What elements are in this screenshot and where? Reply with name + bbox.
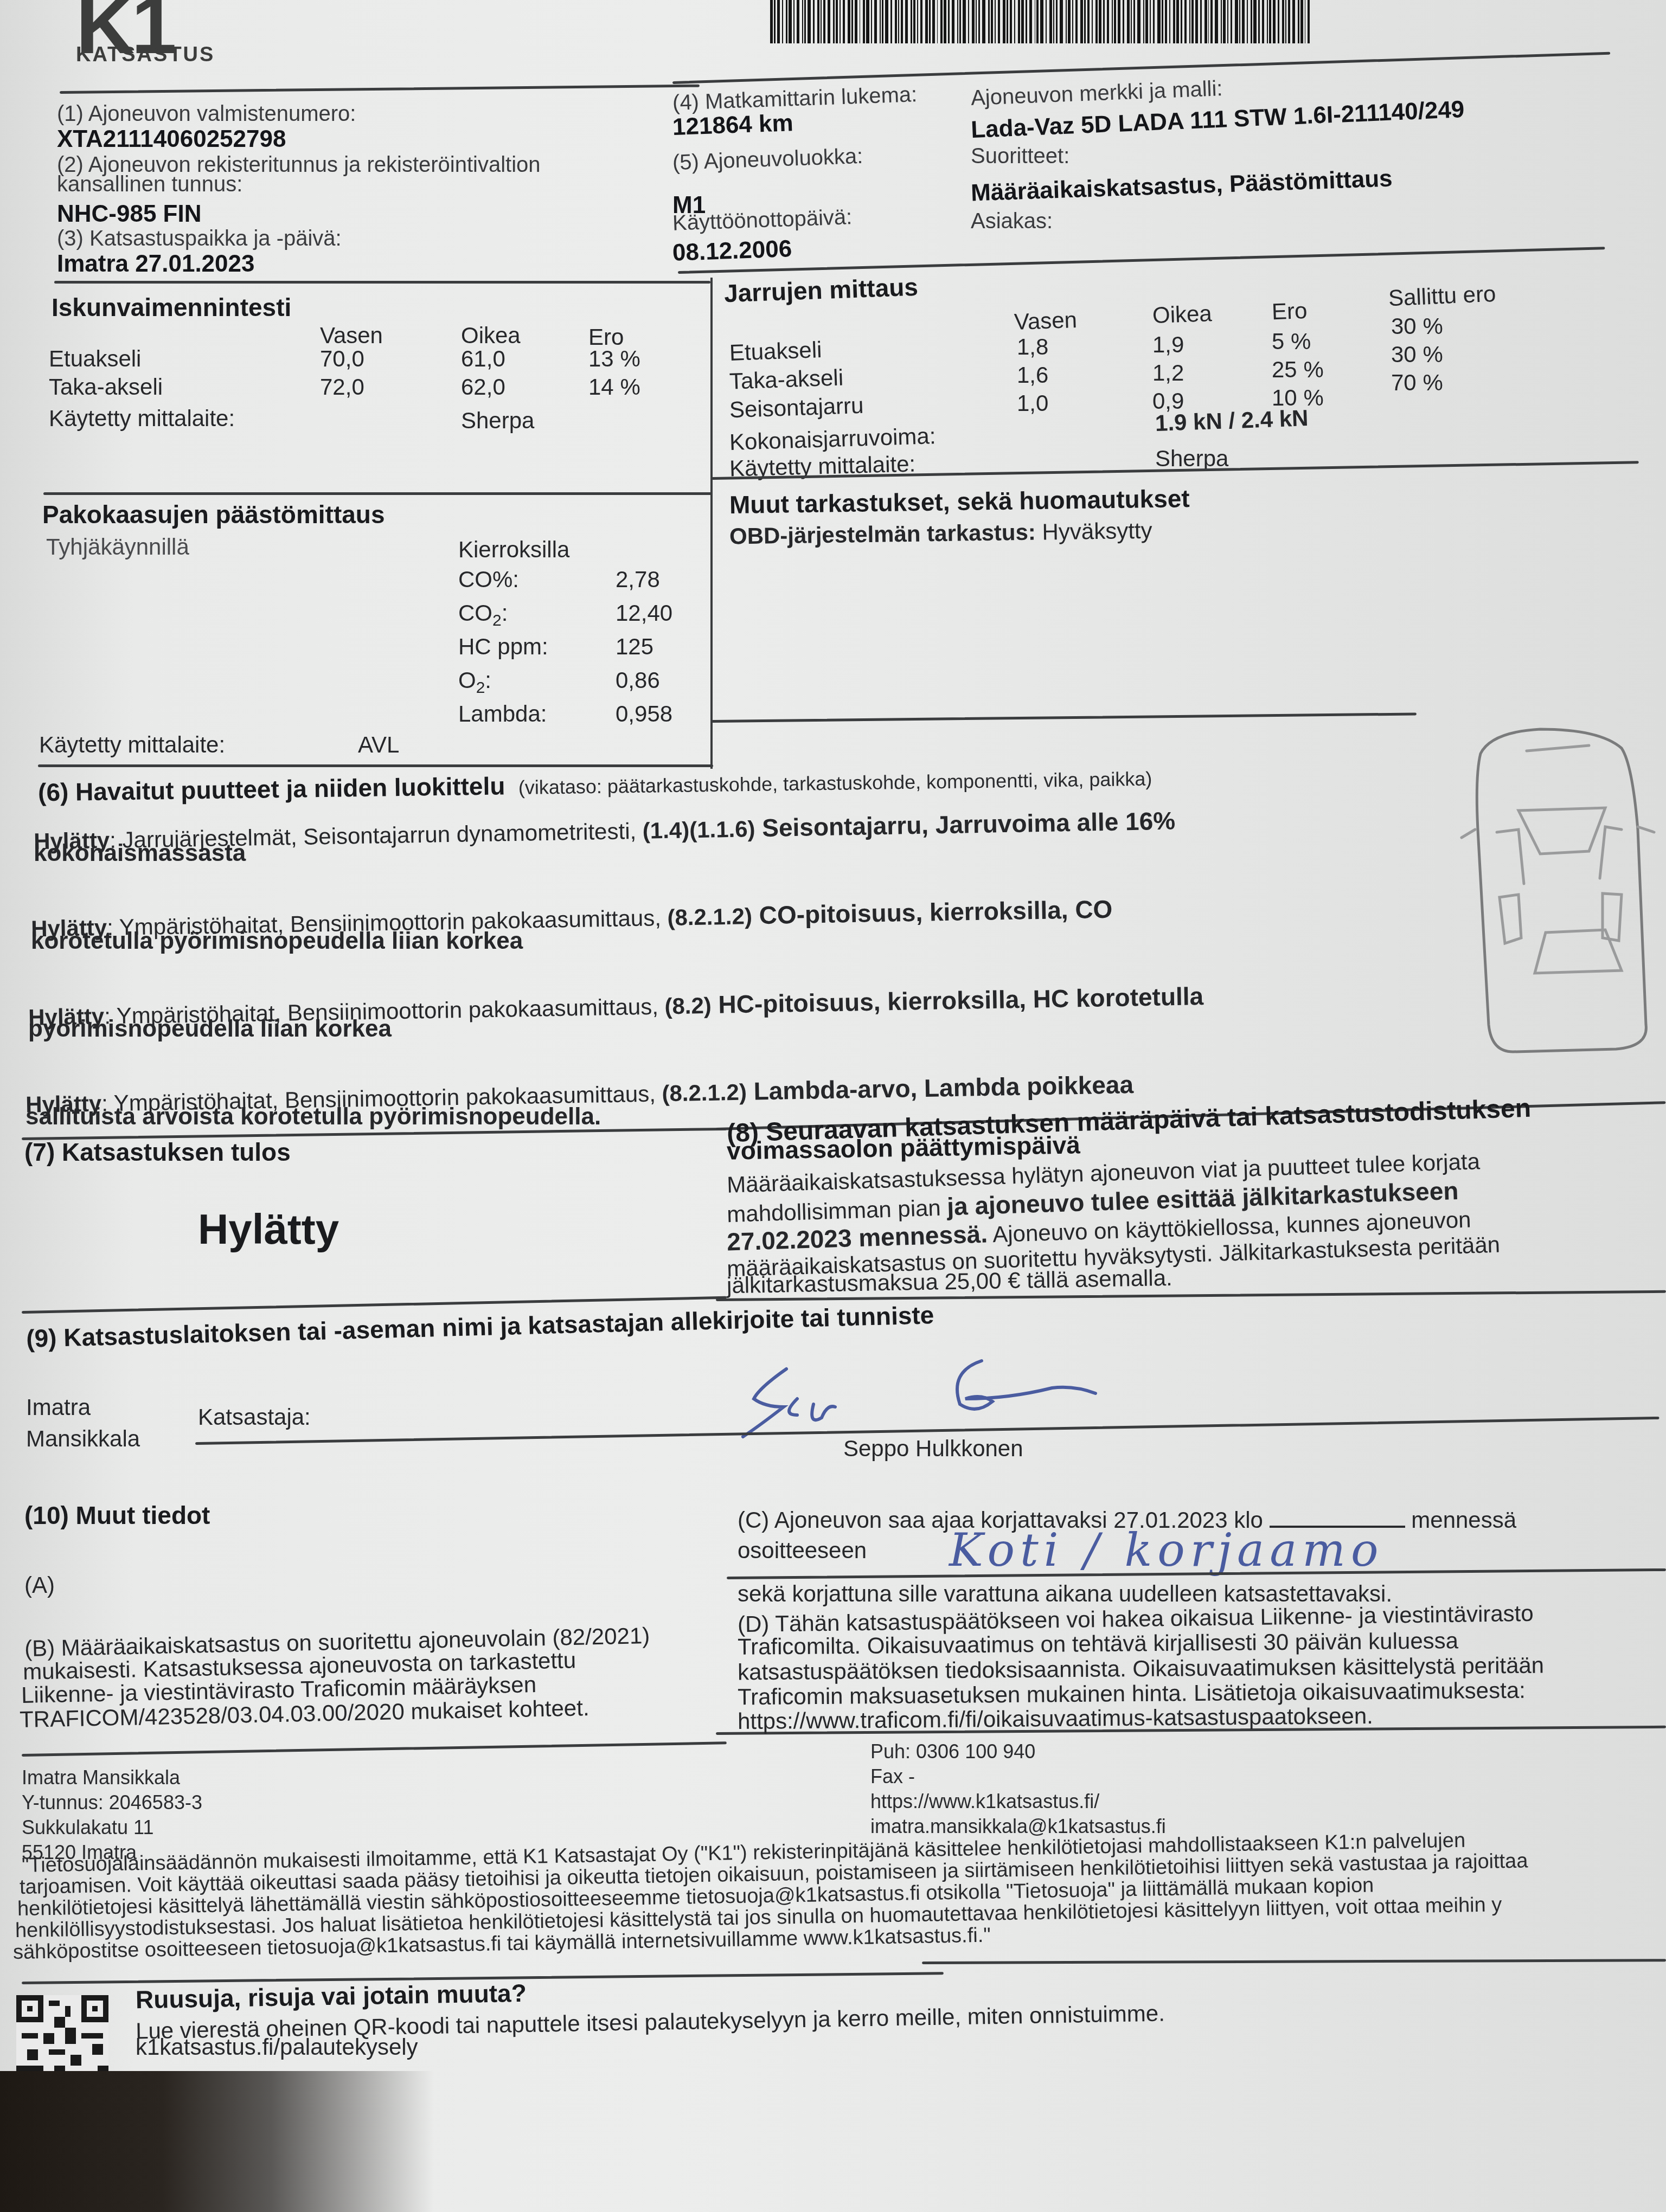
feedback-url[interactable]: k1katsastus.fi/palautekysely — [136, 2034, 418, 2060]
emission-row-value: 125 — [616, 634, 653, 660]
k1-logo-name: KATSASTUS — [76, 43, 215, 67]
result-title: (7) Katsastuksen tulos — [24, 1137, 291, 1167]
shock-col-left: Vasen — [320, 323, 383, 349]
brake-row-label: Seisontajarru — [729, 393, 864, 423]
shock-col-right: Oikea — [461, 323, 521, 349]
inspector-name: Seppo Hulkkonen — [843, 1436, 1023, 1462]
vin-value: XTA21114060252798 — [57, 126, 286, 153]
defect-item-line2: sallituista arvoista korotetulla pyörimi… — [25, 1103, 601, 1130]
other-info-title: (10) Muut tiedot — [24, 1501, 210, 1530]
emissions-device-label: Käytetty mittalaite: — [39, 732, 225, 758]
odometer-value: 121864 km — [672, 110, 793, 141]
brake-col-right: Oikea — [1152, 300, 1212, 329]
footer-left-line: Sukkulakatu 11 — [22, 1816, 154, 1839]
emission-row-value: 0,958 — [616, 701, 672, 727]
brake-row-allowed: 30 % — [1391, 342, 1443, 368]
other-checks-title: Muut tarkastukset, sekä huomautukset — [729, 484, 1190, 519]
customer-label: Asiakas: — [971, 209, 1053, 234]
brake-row-diff: 5 % — [1272, 329, 1311, 355]
emission-row-label: CO2: — [458, 600, 508, 630]
brake-row-label: Etuakseli — [729, 337, 822, 366]
shock-row-right: 61,0 — [461, 346, 505, 372]
brake-row-diff: 10 % — [1272, 385, 1324, 411]
footer-left-line: Imatra Mansikkala — [22, 1766, 180, 1789]
brake-col-left: Vasen — [1014, 307, 1078, 335]
emission-row-value: 12,40 — [616, 600, 672, 626]
handwritten-address: Koti / korjaamo — [949, 1523, 1383, 1577]
other-info-c-line2: osoitteeseen — [738, 1538, 867, 1564]
defects-subtitle: (vikataso: päätarkastuskohde, tarkastusk… — [518, 768, 1152, 799]
other-info-c-line3: sekä korjattuna sille varattuna aikana u… — [738, 1581, 1392, 1607]
brake-row-left: 1,6 — [1017, 362, 1048, 388]
inspector-label: Katsastaja: — [198, 1404, 311, 1430]
place-value: Imatra 27.01.2023 — [57, 250, 255, 278]
brake-total-label: Kokonaisjarruvoima: — [729, 423, 936, 455]
next-title-2: voimassaolon päättymispäivä — [727, 1130, 1081, 1165]
odometer-label: (4) Matkamittarin lukema: — [672, 82, 918, 115]
brake-row-allowed: 70 % — [1391, 370, 1443, 396]
footer-right-line: Puh: 0306 100 940 — [870, 1740, 1035, 1763]
defects-title: (6) Havaitut puutteet ja niiden luokitte… — [38, 771, 505, 806]
emission-row-label: Lambda: — [458, 701, 547, 727]
feedback-title: Ruusuja, risuja vai jotain muuta? — [136, 1978, 527, 2015]
barcode — [770, 0, 1312, 43]
emissions-idle-label: Tyhjäkäynnillä — [46, 534, 189, 560]
shock-test-title: Iskunvaimennintesti — [52, 293, 291, 322]
place-label: (3) Katsastuspaikka ja -päivä: — [57, 227, 342, 251]
emissions-rpm-label: Kierroksilla — [458, 537, 569, 563]
services-label: Suoritteet: — [971, 144, 1069, 169]
defect-item-line2: pyörimisnopeudella liian korkea — [28, 1015, 392, 1043]
brake-row-diff: 25 % — [1272, 357, 1324, 383]
defect-item-line2: korotetulla pyörimisnopeudella liian kor… — [31, 928, 523, 955]
brake-row-left: 1,8 — [1017, 334, 1048, 360]
defects-header: (6) Havaitut puutteet ja niiden luokitte… — [38, 762, 1152, 807]
emissions-title: Pakokaasujen päästömittaus — [42, 500, 385, 529]
brake-col-allowed: Sallittu ero — [1388, 281, 1496, 312]
reg-value: NHC-985 FIN — [57, 201, 202, 228]
other-info-a: (A) — [24, 1572, 55, 1598]
station-name-1: Imatra — [26, 1394, 91, 1420]
emission-row-value: 2,78 — [616, 567, 660, 593]
result-value: Hylätty — [198, 1205, 339, 1254]
shock-row-diff: 13 % — [588, 346, 640, 372]
car-top-view-icon — [1459, 721, 1665, 1057]
footer-right-line: Fax - — [870, 1765, 915, 1788]
footer-right-line[interactable]: https://www.k1katsastus.fi/ — [870, 1790, 1099, 1813]
shock-row-diff: 14 % — [588, 374, 640, 400]
reg-label-2: kansallinen tunnus: — [57, 172, 242, 197]
class-label: (5) Ajoneuvoluokka: — [672, 144, 863, 175]
shock-device-value: Sherpa — [461, 408, 534, 434]
vin-label: (1) Ajoneuvon valmistenumero: — [57, 102, 356, 126]
other-info-d-line: https://www.traficom.fi/fi/oikaisuvaatim… — [738, 1703, 1373, 1734]
station-name-2: Mansikkala — [26, 1426, 140, 1452]
shock-row-right: 62,0 — [461, 374, 505, 400]
brake-test-title: Jarrujen mittaus — [723, 272, 919, 308]
shock-row-label: Taka-akseli — [49, 374, 163, 400]
inspection-report-paper: K1 KATSASTUS (1) Ajoneuvon valmistenumer… — [0, 0, 1666, 2212]
obd-label: OBD-järjestelmän tarkastus: — [729, 519, 1036, 549]
emission-row-value: 0,86 — [616, 667, 660, 693]
emission-row-label: HC ppm: — [458, 634, 548, 660]
shock-row-left: 72,0 — [320, 374, 364, 400]
footer-left-line: Y-tunnus: 2046583-3 — [22, 1791, 202, 1814]
defect-item-line2: kokonaismassasta — [34, 840, 246, 867]
brake-row-label: Taka-akseli — [729, 364, 844, 394]
services-value: Määräaikaiskatsastus, Päästömittaus — [970, 165, 1393, 207]
brake-row-right: 0,9 — [1152, 388, 1184, 414]
shock-row-label: Etuakseli — [49, 346, 141, 372]
brake-row-right: 1,9 — [1152, 332, 1184, 358]
brake-col-diff: Ero — [1271, 298, 1308, 325]
shock-row-left: 70,0 — [320, 346, 364, 372]
photo-shadow — [0, 2071, 542, 2212]
brake-row-left: 1,0 — [1017, 390, 1048, 416]
obd-check: OBD-järjestelmän tarkastus: Hyväksytty — [729, 518, 1152, 550]
emission-row-label: O2: — [458, 667, 491, 697]
emissions-device-value: AVL — [358, 732, 399, 758]
first-use-value: 08.12.2006 — [672, 235, 792, 267]
emission-row-label: CO%: — [458, 567, 519, 593]
make-label: Ajoneuvon merkki ja malli: — [970, 76, 1223, 111]
obd-value: Hyväksytty — [1042, 518, 1152, 545]
brake-row-allowed: 30 % — [1391, 313, 1443, 339]
brake-row-right: 1,2 — [1152, 360, 1184, 386]
shock-device-label: Käytetty mittalaite: — [49, 406, 235, 432]
